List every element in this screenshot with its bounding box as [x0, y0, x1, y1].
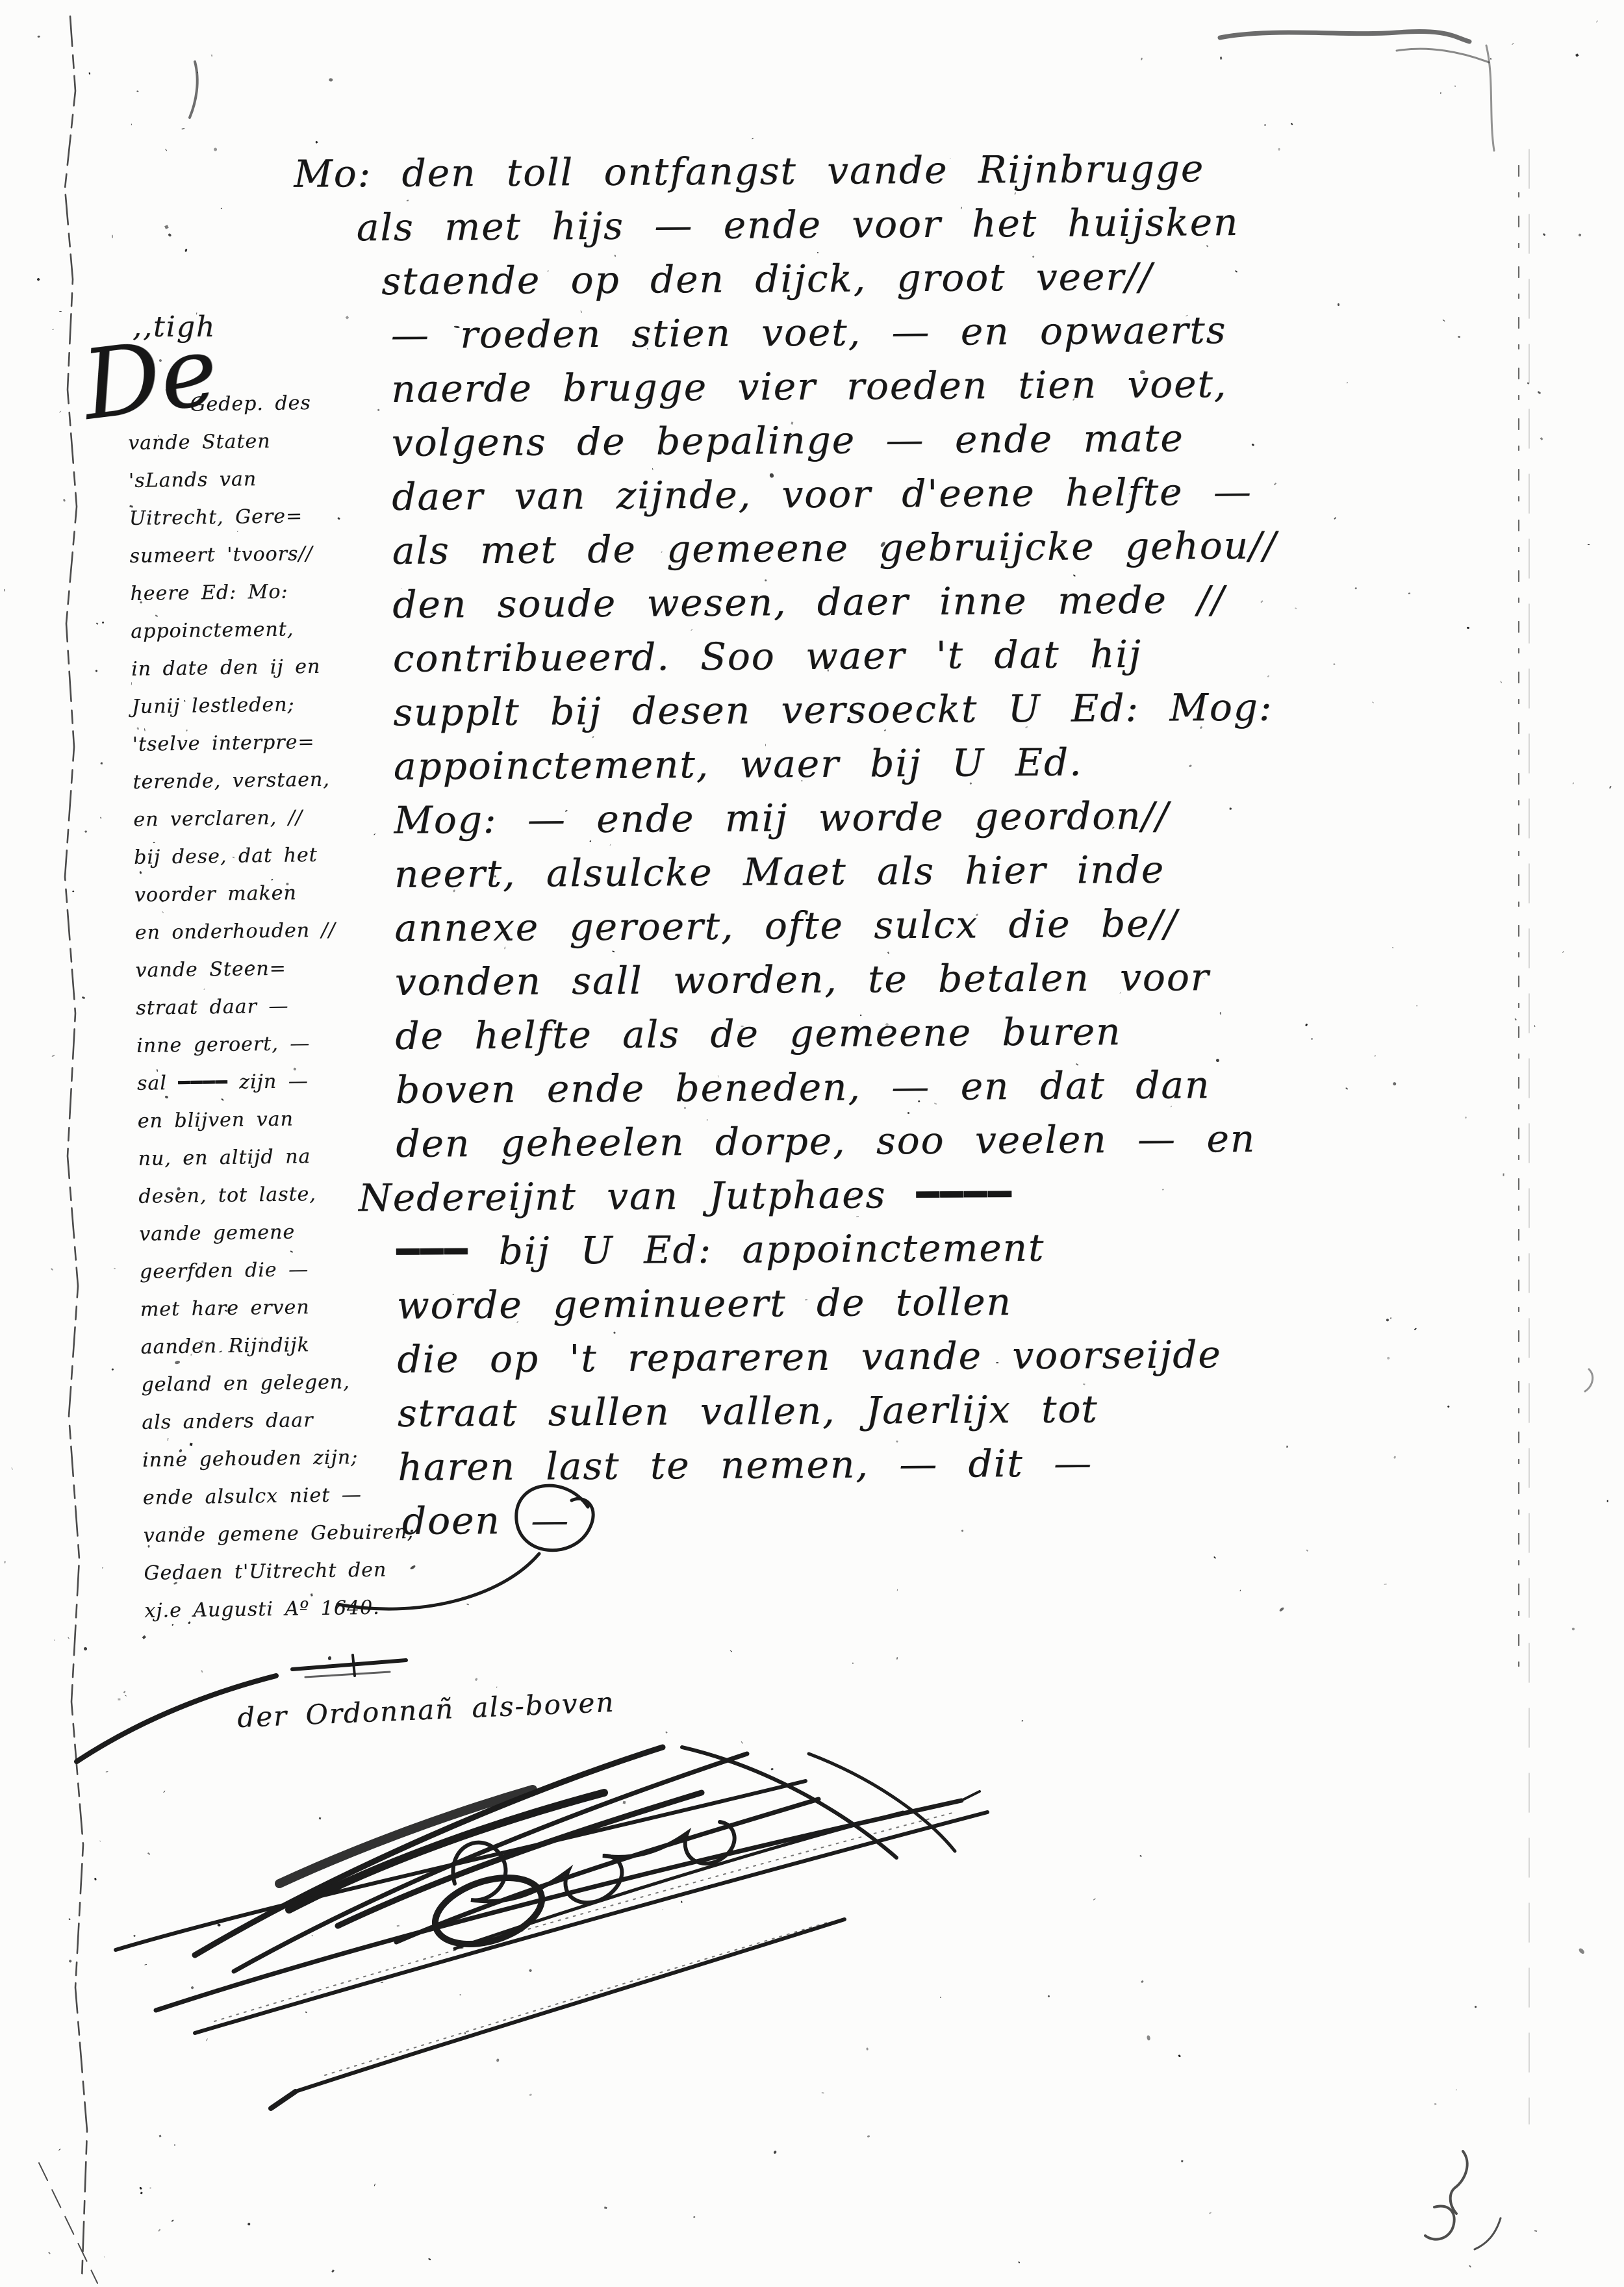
- manuscript-line: die op 't repareren vande voorseijde: [397, 1328, 1282, 1387]
- noise-speck: [51, 1054, 55, 1057]
- noise-speck: [1443, 320, 1445, 322]
- noise-speck: [133, 1934, 136, 1937]
- noise-speck: [214, 147, 218, 152]
- noise-speck: [1304, 1023, 1308, 1026]
- noise-speck: [1454, 86, 1455, 87]
- noise-speck: [1279, 1607, 1285, 1612]
- noise-speck: [1414, 1328, 1417, 1331]
- noise-speck: [52, 329, 54, 331]
- noise-speck: [604, 2207, 607, 2210]
- manuscript-line: Mog: — ende mij worde geordon//: [394, 789, 1279, 848]
- noise-speck: [168, 233, 172, 236]
- noise-speck: [1140, 58, 1142, 60]
- noise-speck: [1178, 2055, 1181, 2058]
- noise-speck: [1575, 53, 1579, 57]
- noise-speck: [867, 2135, 870, 2138]
- noise-speck: [36, 278, 40, 282]
- manuscript-line: ende alsulcx niet —: [142, 1476, 414, 1517]
- noise-speck: [867, 2047, 869, 2051]
- manuscript-line: nu, en altijd na: [138, 1137, 410, 1178]
- page-fold-line-icon: [1519, 149, 1529, 2124]
- manuscript-line: straat daar —: [136, 986, 408, 1028]
- manuscript-line: desen, tot laste,: [138, 1174, 411, 1216]
- noise-speck: [466, 1603, 470, 1605]
- noise-speck: [190, 1986, 194, 1990]
- noise-speck: [190, 1703, 191, 1706]
- noise-speck: [101, 622, 104, 624]
- margin-note-block: Gedep. desvande Staten'sLands vanUitrech…: [127, 383, 416, 1630]
- noise-speck: [1390, 1317, 1391, 1319]
- noise-speck: [397, 1925, 400, 1927]
- noise-speck: [464, 2032, 466, 2034]
- manuscript-line: den soude wesen, daer inne mede //: [392, 573, 1278, 632]
- noise-speck: [210, 55, 212, 57]
- noise-speck: [82, 996, 85, 1000]
- noise-speck: [118, 1698, 120, 1700]
- manuscript-line: als met de gemeene gebruijcke gehou//: [392, 519, 1278, 578]
- noise-speck: [1333, 663, 1336, 665]
- noise-speck: [1213, 1556, 1216, 1558]
- noise-speck: [201, 1669, 203, 1672]
- noise-speck: [1490, 58, 1491, 60]
- noise-speck: [59, 311, 62, 312]
- manuscript-line: bij dese, dat het: [134, 835, 406, 877]
- manuscript-line: annexe geroert, ofte sulcx die be//: [394, 896, 1280, 955]
- manuscript-line: appoinctement,: [131, 609, 403, 651]
- manuscript-line: 'sLands van: [129, 459, 401, 500]
- noise-speck: [496, 1687, 498, 1688]
- noise-speck: [707, 1885, 710, 1888]
- manuscript-line: aanden Rijndijk: [140, 1325, 412, 1367]
- noise-speck: [1374, 1055, 1376, 1057]
- noise-speck: [1278, 147, 1281, 151]
- noise-speck: [1333, 517, 1336, 520]
- noise-speck: [1093, 1898, 1095, 1900]
- noise-speck: [529, 2094, 533, 2097]
- noise-speck: [4, 589, 5, 592]
- noise-speck: [140, 2192, 143, 2194]
- manuscript-line: terende, verstaen,: [133, 760, 405, 802]
- manuscript-line: sal ━━━━ zijn —: [137, 1061, 409, 1103]
- noise-speck: [939, 1997, 941, 1999]
- noise-speck: [460, 1994, 461, 1996]
- noise-speck: [1595, 20, 1597, 23]
- noise-speck: [96, 622, 99, 625]
- manuscript-line: vande Staten: [128, 421, 400, 462]
- manuscript-line: neert, alsulcke Maet als hier inde: [394, 842, 1280, 902]
- noise-speck: [88, 72, 90, 75]
- manuscript-line: voorder maken: [134, 873, 407, 915]
- noise-speck: [663, 1909, 664, 1910]
- noise-speck: [1141, 1980, 1144, 1983]
- noise-speck: [142, 1635, 146, 1639]
- noise-speck: [475, 1678, 478, 1681]
- manuscript-line: Nedereijnt van Jutphaes ━━━━: [359, 1166, 1282, 1226]
- noise-speck: [1512, 42, 1514, 45]
- noise-speck: [1306, 1550, 1308, 1552]
- manuscript-line: straat sullen vallen, Jaerlijx tot: [398, 1382, 1283, 1441]
- noise-speck: [218, 1924, 221, 1927]
- noise-speck: [327, 1656, 331, 1660]
- noise-speck: [1534, 2230, 1537, 2232]
- manuscript-line: worde geminueert de tollen: [397, 1274, 1282, 1333]
- noise-speck: [1286, 1446, 1288, 1448]
- manuscript-line: als anders daar: [142, 1400, 414, 1442]
- noise-speck: [1393, 1456, 1396, 1459]
- noise-speck: [84, 830, 87, 833]
- date-underline: [292, 1655, 406, 1677]
- noise-speck: [100, 816, 102, 818]
- manuscript-line: vande gemene Gebuiren;: [143, 1513, 415, 1555]
- noise-speck: [529, 1969, 532, 1972]
- noise-speck: [329, 78, 333, 81]
- noise-speck: [1019, 2261, 1021, 2264]
- manuscript-line: boven ende beneden, — en dat dan: [396, 1058, 1281, 1117]
- noise-speck: [131, 123, 132, 125]
- noise-speck: [185, 248, 188, 252]
- noise-speck: [125, 1695, 127, 1697]
- manuscript-line: appoinctement, waer bij U Ed.: [394, 735, 1279, 794]
- manuscript-line: en blijven van: [137, 1099, 409, 1141]
- noise-speck: [164, 225, 168, 229]
- noise-speck: [1338, 303, 1339, 306]
- noise-speck: [216, 1989, 219, 1991]
- noise-speck: [1209, 2212, 1212, 2214]
- noise-speck: [197, 72, 199, 73]
- noise-speck: [68, 1959, 72, 1963]
- noise-speck: [381, 1982, 383, 1983]
- noise-speck: [51, 1268, 53, 1270]
- manuscript-line: vande Steen=: [135, 948, 407, 990]
- noise-speck: [1386, 1318, 1389, 1321]
- manuscript-line: doen —: [402, 1489, 1284, 1548]
- manuscript-line: den geheelen dorpe, soo veelen — en: [396, 1112, 1281, 1171]
- noise-speck: [106, 1771, 108, 1773]
- noise-speck: [59, 411, 62, 414]
- noise-speck: [136, 90, 139, 92]
- manuscript-line: 'tselve interpre=: [132, 722, 404, 764]
- noise-speck: [114, 1267, 116, 1269]
- noise-speck: [1139, 1855, 1142, 1857]
- manuscript-line: — roeden stien voet, — en opwaerts: [391, 303, 1276, 362]
- manuscript-line: in date den ij en: [131, 647, 403, 689]
- noise-speck: [147, 1852, 150, 1856]
- noise-speck: [741, 1741, 743, 1744]
- manuscript-line: xj.e Augusti Aº 1640.: [144, 1589, 416, 1630]
- noise-speck: [149, 2187, 151, 2188]
- noise-speck: [1534, 1025, 1536, 1028]
- manuscript-line: contribueerd. Soo waer 't dat hij: [393, 627, 1278, 686]
- noise-speck: [1440, 92, 1441, 94]
- noise-speck: [1579, 234, 1582, 237]
- manuscript-page: ,,tigh De Mo: den toll ontfangst vande R…: [0, 0, 1624, 2287]
- manuscript-line: haren last te nemen, — dit —: [398, 1435, 1283, 1495]
- noise-speck: [346, 316, 349, 320]
- noise-speck: [11, 1467, 13, 1470]
- noise-speck: [1540, 437, 1543, 440]
- noise-speck: [1181, 2160, 1183, 2162]
- noise-speck: [112, 1368, 114, 1371]
- noise-speck: [1311, 1037, 1313, 1040]
- noise-speck: [1475, 2005, 1477, 2007]
- noise-speck: [1610, 786, 1612, 789]
- noise-speck: [144, 1964, 146, 1965]
- noise-speck: [83, 1647, 87, 1652]
- noise-speck: [1588, 544, 1590, 546]
- manuscript-line: supplt bij desen versoeckt U Ed: Mog:: [393, 681, 1278, 740]
- noise-speck: [94, 1878, 96, 1881]
- noise-speck: [1386, 1356, 1390, 1360]
- manuscript-line: inne gehouden zijn;: [142, 1438, 414, 1480]
- subscription-line: der Ordonnañ als-boven: [236, 1686, 615, 1734]
- manuscript-line: met hare erven: [140, 1287, 412, 1329]
- noise-speck: [1527, 382, 1529, 384]
- noise-speck: [1372, 702, 1374, 703]
- noise-speck: [221, 208, 222, 209]
- noise-speck: [1354, 587, 1357, 589]
- manuscript-line: vande gemene: [139, 1212, 411, 1254]
- noise-speck: [1467, 627, 1469, 629]
- noise-speck: [1503, 1174, 1504, 1176]
- manuscript-line: heere Ed: Mo:: [130, 572, 402, 613]
- noise-speck: [101, 762, 103, 764]
- noise-speck: [1458, 336, 1460, 337]
- manuscript-line: naerde brugge vier roeden tien voet,: [391, 357, 1276, 416]
- noise-speck: [1264, 124, 1266, 127]
- noise-speck: [821, 2091, 824, 2093]
- noise-speck: [1416, 1005, 1417, 1007]
- noise-speck: [1434, 2103, 1436, 2105]
- manuscript-line: ━━━ bij U Ed: appoinctement: [396, 1220, 1282, 1279]
- noise-speck: [305, 2011, 307, 2013]
- noise-speck: [1578, 1948, 1585, 1955]
- noise-speck: [95, 669, 97, 672]
- noise-speck: [693, 2216, 696, 2218]
- noise-speck: [1456, 2090, 1457, 2091]
- manuscript-line: Junij lestleden;: [131, 685, 403, 726]
- noise-speck: [1538, 391, 1542, 394]
- noise-speck: [428, 2258, 431, 2260]
- manuscript-line: volgens de bepalinge — ende mate: [392, 411, 1277, 470]
- manuscript-line: als met hijs — ende voor het huijsken: [357, 196, 1276, 255]
- noise-speck: [1562, 951, 1564, 953]
- manuscript-line: geland en gelegen,: [141, 1363, 413, 1404]
- manuscript-line: Uitrecht, Gere=: [129, 496, 401, 538]
- noise-speck: [99, 1841, 101, 1842]
- noise-speck: [496, 2058, 500, 2062]
- noise-speck: [139, 2186, 142, 2190]
- noise-speck: [1572, 1627, 1576, 1631]
- noise-speck: [64, 498, 66, 501]
- main-text-block: Mo: den toll ontfangst vande Rijnbruggea…: [390, 142, 1283, 1548]
- noise-speck: [163, 1791, 165, 1793]
- noise-speck: [174, 2144, 175, 2146]
- noise-speck: [681, 1901, 683, 1902]
- noise-speck: [374, 2183, 375, 2186]
- noise-speck: [102, 1567, 104, 1569]
- noise-speck: [771, 1767, 774, 1770]
- noise-speck: [171, 2219, 173, 2222]
- noise-speck: [1295, 608, 1297, 609]
- noise-speck: [1384, 1584, 1387, 1586]
- noise-speck: [311, 1934, 313, 1936]
- noise-speck: [166, 149, 168, 151]
- noise-speck: [1345, 1087, 1348, 1091]
- manuscript-line: Mo: den toll ontfangst vande Rijnbrugge: [294, 142, 1275, 201]
- noise-speck: [247, 2223, 251, 2226]
- noise-speck: [58, 2149, 61, 2151]
- noise-speck: [1606, 1500, 1608, 1502]
- noise-speck: [752, 138, 754, 140]
- manuscript-line: vonden sall worden, te betalen voor: [395, 950, 1280, 1009]
- manuscript-line: Gedep. des: [190, 383, 400, 423]
- noise-speck: [68, 1918, 71, 1920]
- noise-speck: [5, 1561, 6, 1563]
- noise-speck: [730, 1650, 732, 1652]
- noise-speck: [73, 891, 75, 892]
- noise-speck: [1347, 383, 1348, 384]
- noise-speck: [1515, 1018, 1517, 1021]
- noise-speck: [158, 2229, 160, 2232]
- noise-speck: [1500, 681, 1501, 683]
- ink-blot-marks-icon: [1425, 1369, 1593, 2249]
- manuscript-line: geerfden die —: [140, 1250, 412, 1291]
- noise-speck: [1447, 1405, 1451, 1408]
- noise-speck: [1147, 2035, 1150, 2041]
- manuscript-line: inne geroert, —: [136, 1024, 409, 1065]
- noise-speck: [1048, 1995, 1050, 1997]
- noise-speck: [896, 1657, 898, 1660]
- noise-speck: [318, 1817, 320, 1819]
- noise-speck: [1291, 123, 1293, 126]
- noise-speck: [123, 1691, 125, 1693]
- noise-speck: [104, 2256, 105, 2257]
- noise-speck: [1543, 233, 1546, 236]
- noise-speck: [897, 1589, 898, 1591]
- noise-speck: [206, 2038, 208, 2041]
- noise-speck: [53, 1639, 55, 1641]
- noise-speck: [773, 2150, 777, 2154]
- noise-speck: [181, 128, 184, 130]
- manuscript-line: Gedaen t'Uitrecht den: [144, 1551, 416, 1593]
- manuscript-line: staende op den dijck, groot veer//: [381, 249, 1276, 309]
- manuscript-line: daer van zijnde, voor d'eene helfte —: [392, 465, 1277, 524]
- signature-flourish: [77, 1676, 987, 2108]
- manuscript-line: en onderhouden //: [134, 911, 407, 952]
- noise-speck: [1021, 1719, 1023, 1722]
- noise-speck: [112, 235, 114, 238]
- noise-speck: [1465, 1117, 1467, 1118]
- noise-speck: [1392, 1082, 1396, 1086]
- scan-smudge-icon: [1220, 32, 1494, 151]
- manuscript-line: sumeert 'tvoors//: [129, 534, 401, 575]
- manuscript-line: de helfte als de gemeene buren: [395, 1004, 1280, 1063]
- noise-speck: [68, 1637, 70, 1639]
- noise-speck: [159, 2135, 161, 2138]
- noise-speck: [1393, 946, 1394, 948]
- noise-speck: [37, 36, 40, 38]
- noise-speck: [1408, 593, 1410, 594]
- noise-speck: [1239, 1590, 1241, 1591]
- manuscript-line: en verclaren, //: [133, 798, 405, 839]
- noise-speck: [332, 2269, 335, 2272]
- noise-speck: [1220, 57, 1223, 60]
- noise-speck: [1573, 782, 1575, 785]
- noise-speck: [48, 2252, 51, 2255]
- noise-speck: [623, 1801, 626, 1804]
- noise-speck: [316, 140, 318, 143]
- noise-speck: [665, 1731, 668, 1734]
- noise-speck: [852, 1663, 854, 1664]
- noise-speck: [1469, 2265, 1471, 2268]
